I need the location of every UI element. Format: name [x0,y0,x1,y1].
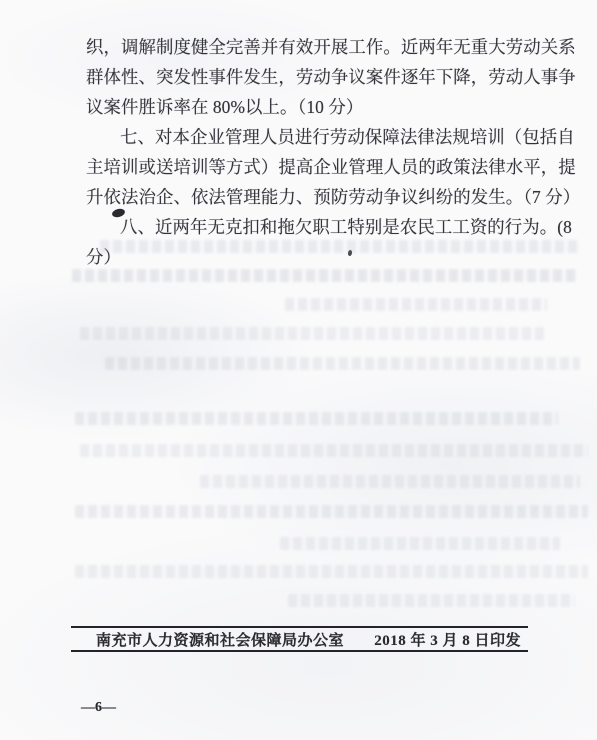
colophon: 南充市人力资源和社会保障局办公室 2018 年 3 月 8 日印发 [71,626,528,652]
body-line-4: 七、对本企业管理人员进行劳动保障法律法规培训（包括自 [86,122,578,152]
scanned-document-page: 织，调解制度健全完善并有效开展工作。近两年无重大劳动关系 群体性、突发性事件发生… [0,0,597,740]
body-line-7: 八、近两年无克扣和拖欠职工特别是农民工工资的行为。(8 [86,212,578,242]
issuing-office-label: 南充市人力资源和社会保障局办公室 [96,629,344,650]
bleed-through-line [200,475,580,488]
bleed-through-line [75,565,588,578]
bleed-through-line [80,444,588,457]
body-line-5: 主培训或送培训等方式）提高企业管理人员的政策法律水平，提 [86,152,578,182]
body-text: 织，调解制度健全完善并有效开展工作。近两年无重大劳动关系 群体性、突发性事件发生… [86,32,578,272]
body-line-3: 议案件胜诉率在 80%以上。（10 分） [86,92,578,122]
bleed-through-line [105,357,580,370]
bleed-through-line [72,269,577,282]
bleed-through-line [75,412,558,425]
body-line-2: 群体性、突发性事件发生，劳动争议案件逐年下降，劳动人事争 [86,62,578,92]
print-date-label: 2018 年 3 月 8 日印发 [374,629,521,650]
body-line-6: 升依法治企、依法管理能力、预防劳动争议纠纷的发生。（7 分） [86,182,578,212]
bleed-through-line [280,537,560,550]
bleed-through-line [100,240,580,253]
bleed-through-line [285,298,547,311]
body-line-1: 织，调解制度健全完善并有效开展工作。近两年无重大劳动关系 [86,32,578,62]
page-number: —6— [81,700,116,716]
bleed-through-line [75,505,588,518]
bleed-through-line [288,594,575,607]
bleed-through-line [80,327,545,340]
